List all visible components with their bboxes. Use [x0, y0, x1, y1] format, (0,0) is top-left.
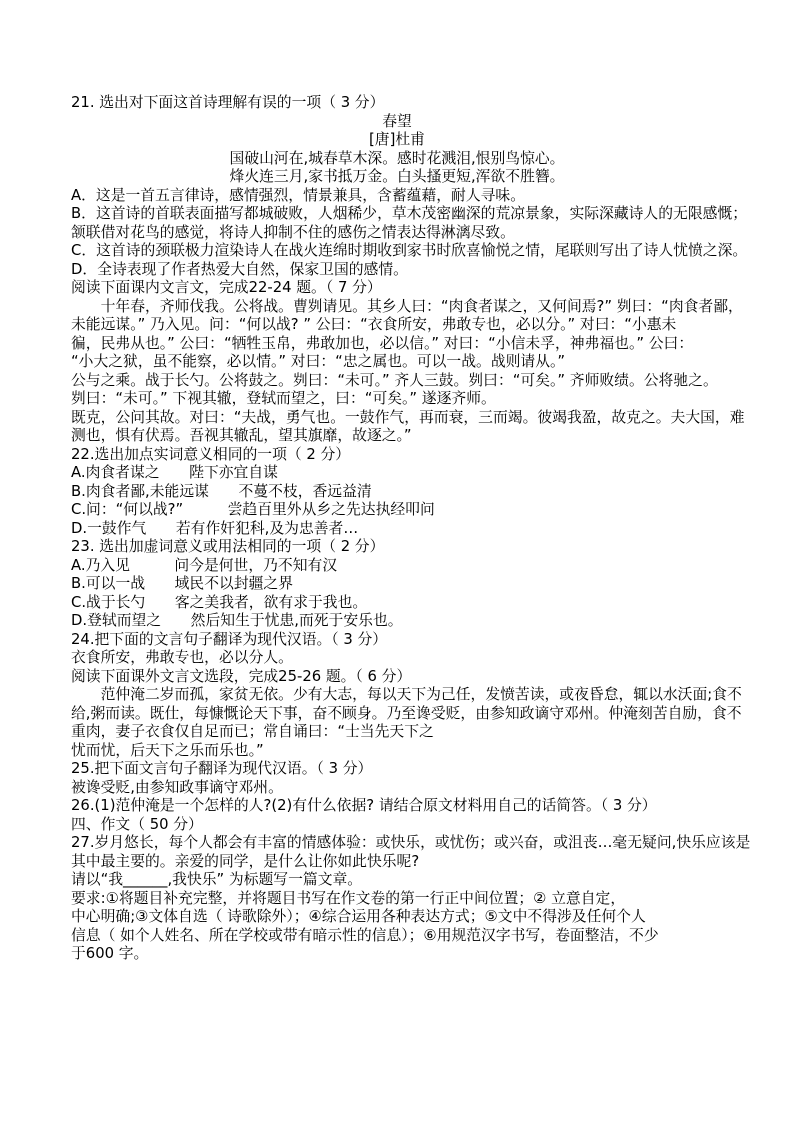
passage-caogui-lunzhan: 十年春，齐师伐我。公将战。曹刿请见。其乡人曰：“肉食者谋之，又何间焉?” 刿曰：…: [71, 298, 723, 446]
poem-chunwang-line-2: [唐]杜甫: [71, 131, 723, 150]
question-21-options-line-4: C．这首诗的颈联极力渲染诗人在战火连绵时期收到家书时欣喜愉悦之情，尾联则写出了诗…: [71, 242, 723, 261]
question-22-line-3: B.肉食者鄙,未能远谋 不蔓不枝，香远益清: [71, 483, 723, 502]
question-26: 26.(1)范仲淹是一个怎样的人?(2)有什么依据? 请结合原文材料用自己的话简…: [71, 797, 723, 816]
passage-caogui-lunzhan-line-8: 测也，惧有伏焉。吾视其辙乱，望其旗靡，故逐之。”: [71, 427, 723, 446]
reading-2-intro-line-1: 阅读下面课外文言文选段，完成25-26 题。（ 6 分）: [71, 668, 723, 687]
question-25-line-1: 25.把下面文言句子翻译为现代汉语。（ 3 分）: [71, 760, 723, 779]
question-27-line-3: 请以“我______,我快乐” 为标题写一篇文章。: [71, 871, 723, 890]
question-23-line-5: D.登轼而望之 然后知生于忧患,而死于安乐也。: [71, 612, 723, 631]
poem-chunwang-line-1: 春望: [71, 113, 723, 132]
passage-fanzhongyan-line-3: 重肉，妻子衣食仅自足而已；常自诵曰：“士当先天下之: [71, 723, 723, 742]
question-27-line-7: 于600 字。: [71, 945, 723, 964]
question-22: 22.选出加点实词意义相同的一项（ 2 分）A.肉食者谋之 陛下亦宜自谋B.肉食…: [71, 446, 723, 539]
question-21-options-line-1: A．这是一首五言律诗，感情强烈，情景兼具，含蓄蕴藉，耐人寻味。: [71, 187, 723, 206]
question-23: 23. 选出加虚词意义或用法相同的一项（ 2 分）A.乃入见 问今是何世，乃不知…: [71, 538, 723, 631]
passage-fanzhongyan: 范仲淹二岁而孤，家贫无依。少有大志，每以天下为己任，发愤苦读，或夜昏怠，辄以水沃…: [71, 686, 723, 760]
passage-caogui-lunzhan-line-5: 公与之乘。战于长勺。公将鼓之。刿曰：“未可。” 齐人三鼓。刿曰：“可矣。” 齐师…: [71, 372, 723, 391]
passage-caogui-lunzhan-line-3: 徧，民弗从也。” 公曰：“牺牲玉帛，弗敢加也，必以信。” 对曰：“小信未孚，神弗…: [71, 335, 723, 354]
question-22-line-4: C.问：“何以战?” 尝趋百里外从乡之先达执经叩问: [71, 501, 723, 520]
question-27-line-1: 27.岁月悠长，每个人都会有丰富的情感体验：或快乐，或忧伤；或兴奋，或沮丧…毫无…: [71, 834, 723, 853]
question-21-stem: 21. 选出对下面这首诗理解有误的一项（ 3 分）: [71, 94, 723, 113]
question-23-line-3: B.可以一战 域民不以封疆之界: [71, 575, 723, 594]
poem-chunwang-line-3: 国破山河在,城春草木深。感时花溅泪,恨别鸟惊心。: [71, 150, 723, 169]
passage-caogui-lunzhan-line-2: 未能远谋。” 乃入见。问：“何以战? ” 公曰：“衣食所安，弗敢专也，必以分。”…: [71, 316, 723, 335]
poem-chunwang-line-4: 烽火连三月,家书抵万金。白头搔更短,浑欲不胜簪。: [71, 168, 723, 187]
passage-fanzhongyan-line-1: 范仲淹二岁而孤，家贫无依。少有大志，每以天下为己任，发愤苦读，或夜昏怠，辄以水沃…: [71, 686, 723, 705]
question-22-line-5: D.一鼓作气 若有作奸犯科,及为忠善者…: [71, 520, 723, 539]
question-27-line-5: 中心明确;③文体自选（ 诗歌除外）；④综合运用各种表达方式；⑤文中不得涉及任何个…: [71, 908, 723, 927]
question-27-line-6: 信息（ 如个人姓名、所在学校或带有暗示性的信息）；⑥用规范汉字书写，卷面整洁，不…: [71, 927, 723, 946]
question-21-options-line-3: 颔联借对花鸟的感觉，将诗人抑制不住的感伤之情表达得淋漓尽致。: [71, 224, 723, 243]
passage-caogui-lunzhan-line-7: 既克，公问其故。对曰：“夫战，勇气也。一鼓作气，再而衰，三而竭。彼竭我盈，故克之…: [71, 409, 723, 428]
question-21-options: A．这是一首五言律诗，感情强烈，情景兼具，含蓄蕴藉，耐人寻味。B．这首诗的首联表…: [71, 187, 723, 280]
section-4-heading: 四、作文（ 50 分）: [71, 816, 723, 835]
question-23-line-4: C.战于长勺 客之美我者，欲有求于我也。: [71, 594, 723, 613]
question-24-line-2: 衣食所安，弗敢专也，必以分人。: [71, 649, 723, 668]
question-23-line-1: 23. 选出加虚词意义或用法相同的一项（ 2 分）: [71, 538, 723, 557]
question-24: 24.把下面的文言句子翻译为现代汉语。（ 3 分）衣食所安，弗敢专也，必以分人。: [71, 631, 723, 668]
question-21-stem-line-1: 21. 选出对下面这首诗理解有误的一项（ 3 分）: [71, 94, 723, 113]
passage-caogui-lunzhan-line-1: 十年春，齐师伐我。公将战。曹刿请见。其乡人曰：“肉食者谋之，又何间焉?” 刿曰：…: [71, 298, 723, 317]
document-body: 21. 选出对下面这首诗理解有误的一项（ 3 分）春望[唐]杜甫国破山河在,城春…: [0, 94, 794, 964]
passage-fanzhongyan-line-2: 给,粥而读。既仕，每慷慨论天下事，奋不顾身。乃至谗受贬，由参知政谪守邓州。仲淹刻…: [71, 705, 723, 724]
question-21-options-line-5: D．全诗表现了作者热爱大自然，保家卫国的感情。: [71, 261, 723, 280]
reading-1-intro-line-1: 阅读下面课内文言文，完成22-24 题。（ 7 分）: [71, 279, 723, 298]
question-27: 27.岁月悠长，每个人都会有丰富的情感体验：或快乐，或忧伤；或兴奋，或沮丧…毫无…: [71, 834, 723, 964]
section-4-heading-line-1: 四、作文（ 50 分）: [71, 816, 723, 835]
passage-caogui-lunzhan-line-4: “小大之狱，虽不能察，必以情。” 对曰：“忠之属也。可以一战。战则请从。”: [71, 353, 723, 372]
reading-1-intro: 阅读下面课内文言文，完成22-24 题。（ 7 分）: [71, 279, 723, 298]
question-24-line-1: 24.把下面的文言句子翻译为现代汉语。（ 3 分）: [71, 631, 723, 650]
question-25: 25.把下面文言句子翻译为现代汉语。（ 3 分）被谗受贬,由参知政事谪守邓州。: [71, 760, 723, 797]
question-22-line-2: A.肉食者谋之 陛下亦宜自谋: [71, 464, 723, 483]
question-26-line-1: 26.(1)范仲淹是一个怎样的人?(2)有什么依据? 请结合原文材料用自己的话简…: [71, 797, 723, 816]
poem-chunwang: 春望[唐]杜甫国破山河在,城春草木深。感时花溅泪,恨别鸟惊心。烽火连三月,家书抵…: [71, 113, 723, 187]
passage-caogui-lunzhan-line-6: 刿曰：“未可。” 下视其辙，登轼而望之，曰：“可矣。” 遂逐齐师。: [71, 390, 723, 409]
reading-2-intro: 阅读下面课外文言文选段，完成25-26 题。（ 6 分）: [71, 668, 723, 687]
exam-page: 21. 选出对下面这首诗理解有误的一项（ 3 分）春望[唐]杜甫国破山河在,城春…: [0, 0, 794, 1123]
question-23-line-2: A.乃入见 问今是何世，乃不知有汉: [71, 557, 723, 576]
question-25-line-2: 被谗受贬,由参知政事谪守邓州。: [71, 779, 723, 798]
question-27-line-2: 其中最主要的。亲爱的同学，是什么让你如此快乐呢?: [71, 853, 723, 872]
question-22-line-1: 22.选出加点实词意义相同的一项（ 2 分）: [71, 446, 723, 465]
question-27-line-4: 要求:①将题目补充完整，并将题目书写在作文卷的第一行正中间位置；② 立意自定，: [71, 890, 723, 909]
passage-fanzhongyan-line-4: 忧而忧，后天下之乐而乐也。”: [71, 742, 723, 761]
question-21-options-line-2: B．这首诗的首联表面描写都城破败，人烟稀少，草木茂密幽深的荒凉景象，实际深藏诗人…: [71, 205, 723, 224]
